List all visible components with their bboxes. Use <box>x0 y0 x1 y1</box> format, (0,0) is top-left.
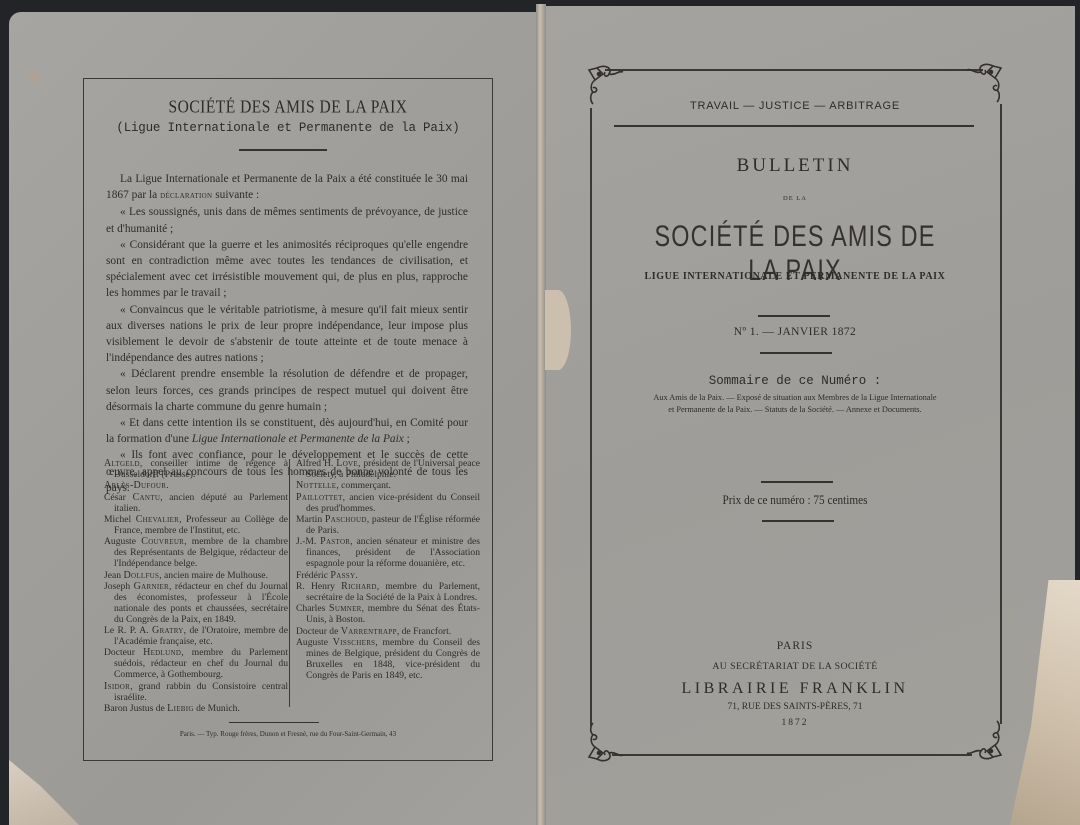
member-entry: Frédéric Passy. <box>296 571 480 582</box>
member-entry: Nottelle, commerçant. <box>296 481 480 492</box>
member-entry: Isidor, grand rabbin du Consistoire cent… <box>104 682 288 704</box>
motto: TRAVAIL — JUSTICE — ARBITRAGE <box>595 100 995 112</box>
member-entry: Arlès-Dufour. <box>104 481 288 492</box>
summary-line: et Permanente de la Paix. — Statuts de l… <box>595 404 995 416</box>
league-name-italic: Ligue Internationale et Permanente de la… <box>192 433 404 445</box>
member-entry: Alfred H. Love, président de l'Universal… <box>296 459 480 481</box>
declaration-text: La Ligue Internationale et Permanente de… <box>106 171 468 496</box>
members-column-2: Alfred H. Love, président de l'Universal… <box>296 459 480 682</box>
member-entry: Baron Justus de Liebig de Munich. <box>104 704 288 715</box>
bulletin-heading: BULLETIN <box>595 155 995 177</box>
de-la-text: DE LA <box>595 195 995 202</box>
member-entry: Auguste Couvreur, membre de la chambre d… <box>104 537 288 570</box>
declaration-paragraph: « Déclarent prendre ensemble la résoluti… <box>106 366 468 415</box>
declaration-paragraph: « Et dans cette intention ils se constit… <box>106 415 468 447</box>
member-entry: Michel Chevalier, Professeur au Collège … <box>104 515 288 537</box>
member-entry: Joseph Garnier, rédacteur en chef du Jou… <box>104 582 288 626</box>
league-subtitle: LIGUE INTERNATIONALE ET PERMANENTE DE LA… <box>595 271 995 282</box>
frame-top-border <box>605 69 983 71</box>
summary-contents: Aux Amis de la Paix. — Exposé de situati… <box>595 392 995 415</box>
frame-right-border <box>1000 104 1002 724</box>
member-entry: Auguste Visschers, membre du Conseil des… <box>296 638 480 682</box>
city: PARIS <box>595 640 995 652</box>
paper-stain <box>29 72 41 82</box>
price-rule-top <box>761 481 833 483</box>
member-entry: Docteur de Varrentrapp, de Francfort. <box>296 627 480 638</box>
frame-bottom-border <box>612 754 972 756</box>
intro-paragraph: La Ligue Internationale et Permanente de… <box>106 171 468 204</box>
frame-left-border <box>590 108 592 726</box>
member-entry: Martin Paschoud, pasteur de l'Église réf… <box>296 515 480 537</box>
summary-line: Aux Amis de la Paix. — Exposé de situati… <box>595 392 995 404</box>
declaration-paragraph: « Les soussignés, unis dans de mêmes sen… <box>106 204 468 236</box>
left-page-frame: SOCIÉTÉ DES AMIS DE LA PAIX (Ligue Inter… <box>83 78 493 761</box>
column-divider <box>289 459 290 707</box>
member-entry: Docteur Hedlund, membre du Parlement sué… <box>104 648 288 681</box>
member-entry: Jean Dollfus, ancien maire de Mulhouse. <box>104 571 288 582</box>
member-entry: R. Henry Richard, membre du Parlement, s… <box>296 582 480 604</box>
spine-tear <box>545 290 571 370</box>
member-entry: Charles Sumner, membre du Sénat des État… <box>296 604 480 626</box>
issue-rule-bottom <box>760 352 832 354</box>
issue-number-date: Nº 1. — JANVIER 1872 <box>595 326 995 338</box>
member-entry: J.-M. Pastor, ancien sénateur et ministr… <box>296 537 480 570</box>
members-column-1: Altgeld, conseiller intime de régence à … <box>104 459 288 715</box>
summary-title: Sommaire de ce Numéro : <box>595 374 995 388</box>
member-entry: Le R. P. A. Gratry, de l'Oratoire, membr… <box>104 626 288 648</box>
issue-rule-top <box>758 315 830 317</box>
book-spine <box>536 4 546 825</box>
imprint-rule <box>229 722 319 723</box>
publisher-name: LIBRAIRIE FRANKLIN <box>595 680 995 698</box>
publisher-address: 71, RUE DES SAINTS-PÈRES, 71 <box>595 702 995 712</box>
publication-year: 1872 <box>595 718 995 728</box>
left-page-subtitle: (Ligue Internationale et Permanente de l… <box>84 121 492 135</box>
member-entry: Paillottet, ancien vice-président du Con… <box>296 493 480 515</box>
title-rule <box>239 149 327 151</box>
printer-imprint: Paris. — Typ. Rouge frères, Dunon et Fre… <box>84 730 492 738</box>
motto-rule <box>614 125 974 127</box>
paragraph-text-end: ; <box>404 433 410 445</box>
declaration-word: déclaration <box>160 190 212 201</box>
price-rule-bottom <box>762 520 834 522</box>
declaration-paragraph: « Considérant que la guerre et les animo… <box>106 237 468 302</box>
intro-text-end: suivante : <box>212 189 259 201</box>
secretariat-line: AU SECRÉTARIAT DE LA SOCIÉTÉ <box>595 661 995 672</box>
member-entry: César Cantu, ancien député au Parlement … <box>104 493 288 515</box>
declaration-paragraph: « Convaincus que le véritable patriotism… <box>106 302 468 367</box>
member-entry: Altgeld, conseiller intime de régence à … <box>104 459 288 481</box>
issue-price: Prix de ce numéro : 75 centimes <box>615 493 975 508</box>
corner-ornament-icon <box>963 60 1007 104</box>
left-page-title: SOCIÉTÉ DES AMIS DE LA PAIX <box>84 98 492 119</box>
